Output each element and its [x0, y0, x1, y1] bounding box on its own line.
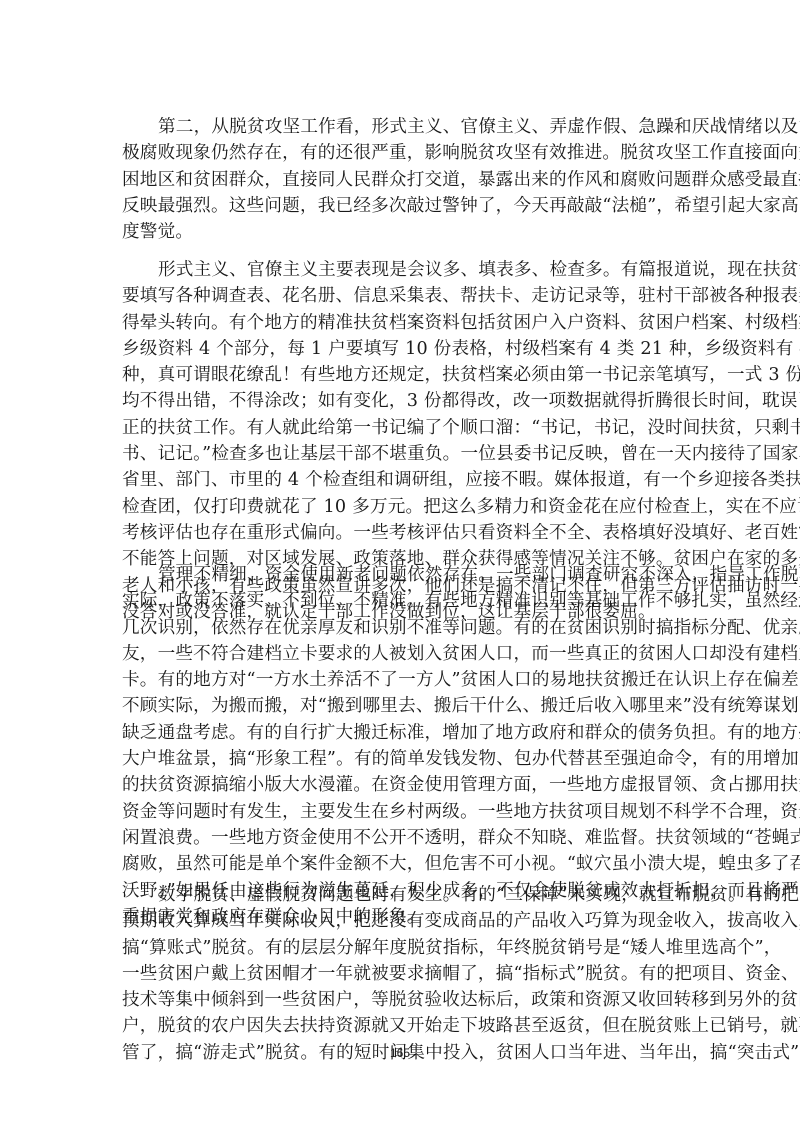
paragraph-3: 管理不精细、资金使用新老问题依然存在。一些部门调查研究不深入，指导工作脱离 实际…: [122, 562, 688, 930]
text-line: 户，脱贫的农户因失去扶持资源就又开始走下坡路甚至返贫，但在脱贫账上已销号，就不: [122, 1013, 688, 1039]
text-line: 的扶贫资源搞缩小版大水漫灌。在资金使用管理方面，一些地方虚报冒领、贪占挪用扶贫: [122, 772, 688, 798]
text-line: 形式主义、官僚主义主要表现是会议多、填表多、检查多。有篇报道说，现在扶贫需: [122, 257, 688, 283]
paragraph-4: 数字脱贫、虚假脱贫问题也时有发生。有的“三保障”未实现，就宣布脱贫。有的把 预期…: [122, 882, 688, 1066]
text-line: 搞“算账式”脱贫。有的层层分解年度脱贫指标，年终脱贫销号是“矮人堆里选高个”，: [122, 935, 688, 961]
text-line: 均不得出错，不得涂改；如有变化，3 份都得改，改一项数据就得折腾很长时间，耽误了…: [122, 388, 688, 414]
text-line: 几次识别，依然存在优亲厚友和识别不准等问题。有的在贫困识别时搞指标分配、优亲厚: [122, 615, 688, 641]
text-line: 一些贫困户戴上贫困帽才一年就被要求摘帽了，搞“指标式”脱贫。有的把项目、资金、: [122, 961, 688, 987]
text-line: 友，一些不符合建档立卡要求的人被划入贫困人口，而一些真正的贫困人口却没有建档立: [122, 641, 688, 667]
text-line: 闲置浪费。一些地方资金使用不公开不透明，群众不知晓、难监督。扶贫领域的“苍蝇式”: [122, 825, 688, 851]
text-line: 困地区和贫困群众，直接同人民群众打交道，暴露出来的作风和腐败问题群众感受最直接、: [122, 167, 688, 193]
paragraph-1: 第二，从脱贫攻坚工作看，形式主义、官僚主义、弄虚作假、急躁和厌战情绪以及消 极腐…: [122, 114, 688, 245]
document-page: 第二，从脱贫攻坚工作看，形式主义、官僚主义、弄虚作假、急躁和厌战情绪以及消 极腐…: [0, 0, 800, 1133]
text-line: 大户堆盆景，搞“形象工程”。有的简单发钱发物、包办代替甚至强迫命令，有的用增加: [122, 746, 688, 772]
text-line: 极腐败现象仍然存在，有的还很严重，影响脱贫攻坚有效推进。脱贫攻坚工作直接面向贫: [122, 140, 688, 166]
text-line: 书、记记。”检查多也让基层干部不堪重负。一位县委书记反映，曾在一天内接待了国家、: [122, 441, 688, 467]
text-line: 反映最强烈。这些问题，我已经多次敲过警钟了，今天再敲敲“法槌”，希望引起大家高: [122, 193, 688, 219]
text-line: 资金等问题时有发生，主要发生在乡村两级。一些地方扶贫项目规划不科学不合理，资金: [122, 799, 688, 825]
text-line: 预期收入算成当年实际收入，把还没有变成商品的产品收入巧算为现金收入，拔高收入，: [122, 908, 688, 934]
text-line: 缺乏通盘考虑。有的自行扩大搬迁标准，增加了地方政府和群众的债务负担。有的地方垒: [122, 720, 688, 746]
text-line: 技术等集中倾斜到一些贫困户，等脱贫验收达标后，政策和资源又收回转移到另外的贫困: [122, 987, 688, 1013]
text-line: 要填写各种调查表、花名册、信息采集表、帮扶卡、走访记录等，驻村干部被各种报表弄: [122, 283, 688, 309]
text-line: 检查团，仅打印费就花了 10 多万元。把这么多精力和资金花在应付检查上，实在不应…: [122, 494, 688, 520]
text-line: 第二，从脱贫攻坚工作看，形式主义、官僚主义、弄虚作假、急躁和厌战情绪以及消: [122, 114, 688, 140]
text-line: 考核评估也存在重形式偏向。一些考核评估只看资料全不全、表格填好没填好、老百姓能: [122, 520, 688, 546]
text-line: 数字脱贫、虚假脱贫问题也时有发生。有的“三保障”未实现，就宣布脱贫。有的把: [122, 882, 688, 908]
text-line: 实际，政策不落实、不到位、不精准。有些地方精准识别等基础工作不够扎实，虽然经过: [122, 588, 688, 614]
text-line: 种，真可谓眼花缭乱！有些地方还规定，扶贫档案必须由第一书记亲笔填写，一式 3 份…: [122, 362, 688, 388]
page-number: 165: [0, 1046, 800, 1060]
text-line: 正的扶贫工作。有人就此给第一书记编了个顺口溜：“书记，书记，没时间扶贫，只剩书: [122, 415, 688, 441]
text-line: 度警觉。: [122, 219, 688, 245]
text-line: 卡。有的地方对“一方水土养活不了一方人”贫困人口的易地扶贫搬迁在认识上存在偏差，: [122, 667, 688, 693]
text-line: 不顾实际，为搬而搬，对“搬到哪里去、搬后干什么、搬迁后收入哪里来”没有统筹谋划，: [122, 693, 688, 719]
text-line: 得晕头转向。有个地方的精准扶贫档案资料包括贫困户入户资料、贫困户档案、村级档案、: [122, 310, 688, 336]
text-line: 腐败，虽然可能是单个案件金额不大，但危害不可小视。“蚁穴虽小溃大堤，蝗虫多了吞: [122, 851, 688, 877]
text-line: 乡级资料 4 个部分，每 1 户要填写 10 份表格，村级档案有 4 类 21 …: [122, 336, 688, 362]
text-line: 省里、部门、市里的 4 个检查组和调研组，应接不暇。媒体报道，有一个乡迎接各类扶…: [122, 467, 688, 493]
text-line: 管理不精细、资金使用新老问题依然存在。一些部门调查研究不深入，指导工作脱离: [122, 562, 688, 588]
